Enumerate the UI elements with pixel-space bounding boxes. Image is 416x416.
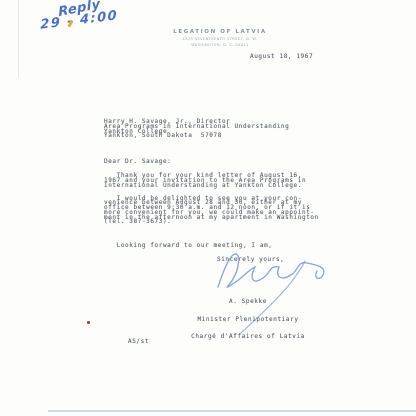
signer-name: A. Spekke <box>182 299 314 305</box>
signer-title-1: Minister Plenipotentiary <box>182 317 314 323</box>
handwritten-note-time: 29 - 4:00 <box>40 8 118 33</box>
letterhead-title: LEGATION OF LATVIA <box>140 29 300 35</box>
salutation: Dear Dr. Savage: <box>104 160 171 165</box>
signer-title-2: Chargé d'Affaires of Latvia <box>182 334 314 340</box>
letter-scan-page: Reply 29 - 4:00 LEGATION OF LATVIA 4325 … <box>0 0 416 416</box>
recipient-address-block: Harry H. Savage, Jr., Director Area Prog… <box>104 120 289 139</box>
letter-date: August 18, 1967 <box>250 55 313 60</box>
signature-block: A. Spekke Minister Plenipotentiary Charg… <box>182 288 314 351</box>
body-paragraph-2: I would be delighted to see you at your … <box>104 197 319 226</box>
body-paragraph-1: Thank you for your kind letter of August… <box>104 174 306 188</box>
red-ink-speck <box>87 321 90 324</box>
scan-page-bottom-edge <box>48 410 416 412</box>
letterhead-city-address: WASHINGTON, D. C. 20011 <box>174 43 267 47</box>
letterhead-street-address: 4325 SEVENTEENTH STREET, N. W. <box>174 37 267 41</box>
typist-initials: AS/st <box>128 340 149 345</box>
scan-page-left-edge <box>18 0 19 78</box>
